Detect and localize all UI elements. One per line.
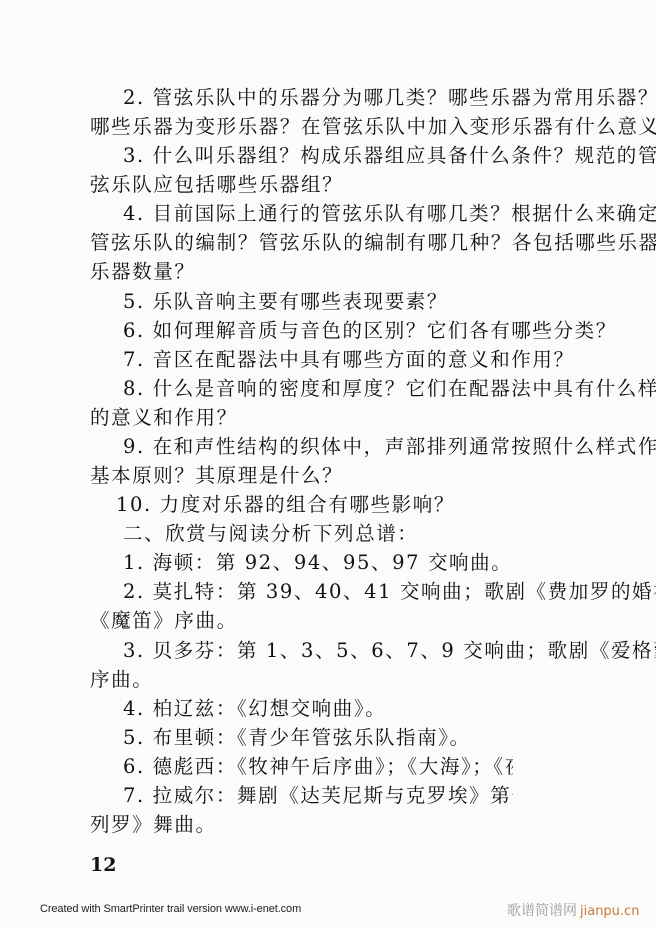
question-2-line-1: 2. 管弦乐队中的乐器分为哪几类？哪些乐器为常用乐器？ <box>123 86 586 110</box>
question-6: 6. 如何理解音质与音色的区别？它们各有哪些分类？ <box>123 319 586 343</box>
question-8-line-1: 8. 什么是音响的密度和厚度？它们在配器法中具有什么样 <box>123 377 586 401</box>
question-4-line-2: 管弦乐队的编制？管弦乐队的编制有哪几种？各包括哪些乐器和 <box>90 231 586 255</box>
question-3-line-1: 3. 什么叫乐器组？构成乐器组应具备什么条件？规范的管 <box>123 144 586 168</box>
question-5: 5. 乐队音响主要有哪些表现要素？ <box>123 290 586 314</box>
site-watermark: 歌谱简谱网jianpu.cn <box>507 900 639 920</box>
question-4-line-1: 4. 目前国际上通行的管弦乐队有哪几类？根据什么来确定 <box>123 202 586 226</box>
question-3-line-2: 弦乐队应包括哪些乐器组？ <box>90 173 586 197</box>
watermark-en: jianpu.cn <box>580 904 639 919</box>
watermark-cn: 歌谱简谱网 <box>507 903 577 919</box>
section-2-heading: 二、欣赏与阅读分析下列总谱： <box>123 522 586 546</box>
score-item-1: 1. 海顿：第 92、94、95、97 交响曲。 <box>123 551 586 575</box>
score-item-4: 4. 柏辽兹：《幻想交响曲》。 <box>123 697 586 721</box>
score-item-2-line-1: 2. 莫扎特：第 39、40、41 交响曲；歌剧《费加罗的婚礼》、 <box>123 580 586 604</box>
creator-notice: Created with SmartPrinter trail version … <box>40 903 301 915</box>
score-item-3-line-1: 3. 贝多芬：第 1、3、5、6、7、9 交响曲；歌剧《爱格蒙特》 <box>123 639 586 663</box>
question-9-line-2: 基本原则？其原理是什么？ <box>90 464 586 488</box>
question-2-line-2: 哪些乐器为变形乐器？在管弦乐队中加入变形乐器有什么意义？ <box>90 115 586 139</box>
score-item-7-line-1: 7. 拉威尔：舞剧《达芙尼斯与克罗埃》第一、二 <box>123 784 513 808</box>
score-item-7-line-2: 列罗》舞曲。 <box>90 813 586 837</box>
page-number: 12 <box>90 854 116 876</box>
question-4-line-3: 乐器数量？ <box>90 260 586 284</box>
score-item-3-line-2: 序曲。 <box>90 668 586 692</box>
score-item-5: 5. 布里顿：《青少年管弦乐队指南》。 <box>123 726 586 750</box>
score-item-2-line-2: 《魔笛》序曲。 <box>90 609 586 633</box>
question-10: 10. 力度对乐器的组合有哪些影响？ <box>116 493 586 517</box>
question-8-line-2: 的意义和作用？ <box>90 406 586 430</box>
question-9-line-1: 9. 在和声性结构的织体中，声部排列通常按照什么样式作为 <box>123 435 586 459</box>
question-7: 7. 音区在配器法中具有哪些方面的意义和作用？ <box>123 348 586 372</box>
score-item-6: 6. 德彪西：《牧神午后序曲》；《大海》；《夜 <box>123 755 513 779</box>
